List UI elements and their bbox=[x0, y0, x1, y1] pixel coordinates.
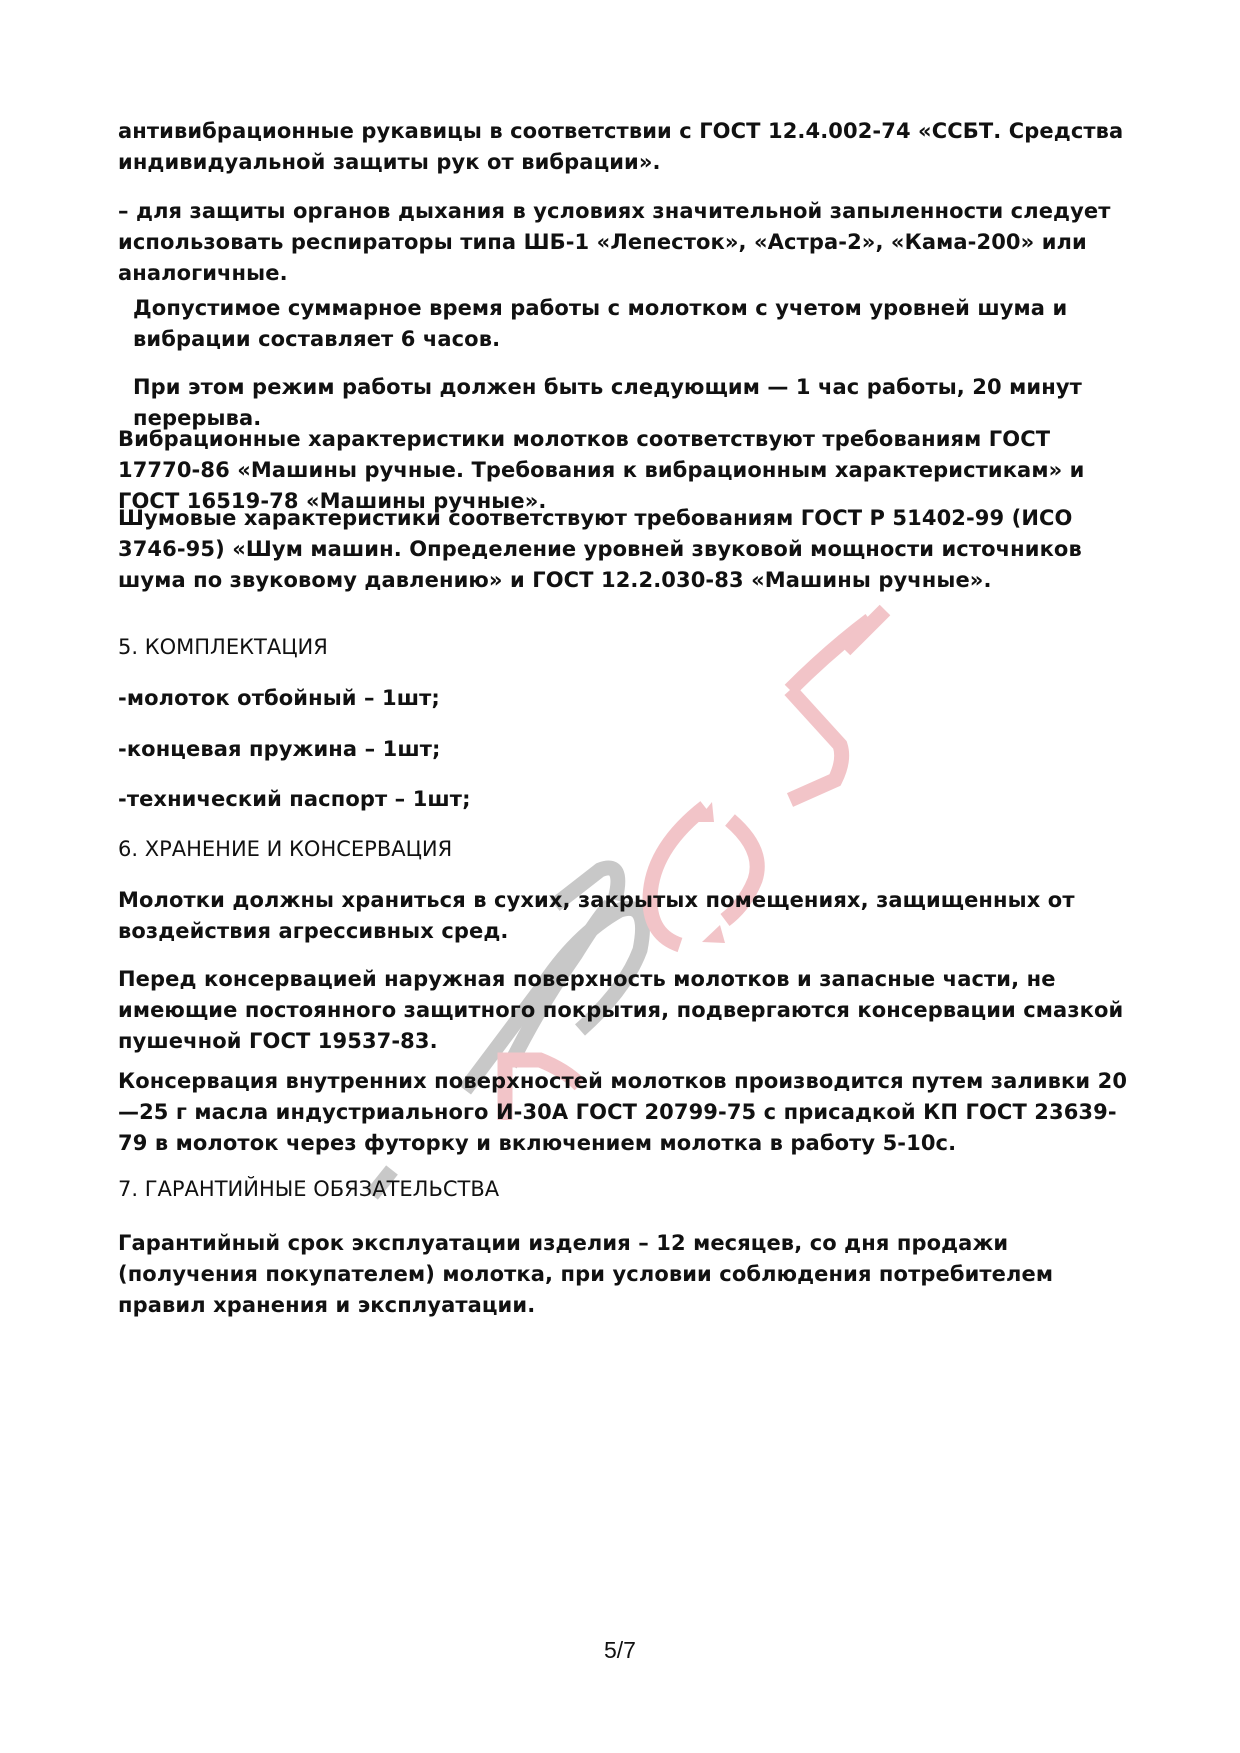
paragraph: -молоток отбойный – 1шт; bbox=[118, 683, 1128, 714]
document-page: антивибрационные рукавицы в соответствии… bbox=[0, 0, 1240, 1753]
page-number: 5/7 bbox=[0, 1637, 1240, 1664]
paragraph: Перед консервацией наружная поверхность … bbox=[118, 964, 1128, 1057]
paragraph: Шумовые характеристики соответствуют тре… bbox=[118, 503, 1128, 596]
paragraph: -концевая пружина – 1шт; bbox=[118, 734, 1128, 765]
paragraph: – для защиты органов дыхания в условиях … bbox=[118, 196, 1128, 289]
paragraph: Молотки должны храниться в сухих, закрыт… bbox=[118, 885, 1128, 947]
section-heading: 7. ГАРАНТИЙНЫЕ ОБЯЗАТЕЛЬСТВА bbox=[118, 1174, 1128, 1205]
paragraph: Допустимое суммарное время работы с моло… bbox=[118, 293, 1143, 355]
section-heading: 5. КОМПЛЕКТАЦИЯ bbox=[118, 632, 1128, 663]
paragraph: Консервация внутренних поверхностей моло… bbox=[118, 1066, 1128, 1159]
section-heading: 6. ХРАНЕНИЕ И КОНСЕРВАЦИЯ bbox=[118, 834, 1128, 865]
paragraph: антивибрационные рукавицы в соответствии… bbox=[118, 116, 1128, 178]
paragraph: Гарантийный срок эксплуатации изделия – … bbox=[118, 1228, 1128, 1321]
paragraph: -технический паспорт – 1шт; bbox=[118, 784, 1128, 815]
